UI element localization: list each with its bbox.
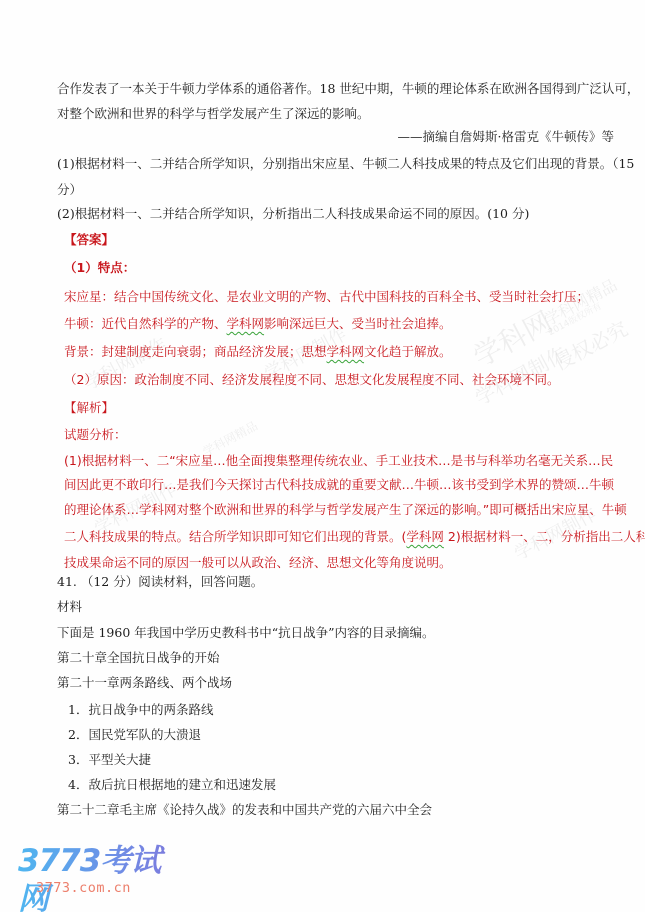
answer-newton-text: 影响深远巨大、受当时社会追捧。 — [264, 316, 452, 331]
answer-heading: 【答案】 — [64, 232, 114, 248]
watermark: 学科网 — [466, 301, 559, 376]
analysis-line: 间因此更不敢印行…是我们今天探讨古代科技成就的重要文献…牛顿…该书受到学术界的赞… — [64, 477, 614, 493]
answer-newton: 牛顿：近代自然科学的产物、学科网影响深远巨大、受当时社会追捧。 — [64, 316, 452, 332]
answer-background-text: 文化趋于解放。 — [364, 344, 452, 359]
question-41-stem: 41. （12 分）阅读材料，回答问题。 — [57, 574, 263, 590]
site-logo-url: 3773.com.cn — [36, 880, 131, 896]
answer-reason: （2）原因：政治制度不同、经济发展程度不同、思想文化发展程度不同、社会环境不同。 — [64, 372, 559, 388]
document-page: 学科网 学科网精品 2014版权所有 侵权必究 学科网制作 学科网制作 学科网制… — [0, 0, 645, 912]
chapter-title: 第二十一章两条路线、两个战场 — [57, 675, 232, 691]
answer-song-label: 宋应星： — [64, 289, 114, 304]
answer-song-text: 结合中国传统文化、是农业文明的产物、古代中国科技的百科全书、受当时社会打压； — [114, 289, 589, 304]
analysis-heading: 【解析】 — [64, 400, 114, 416]
site-logo: 3773考试网 3773.com.cn — [18, 842, 178, 902]
chapter-title: 第二十二章毛主席《论持久战》的发表和中国共产党的六届六中全会 — [57, 802, 432, 818]
analysis-subheading: 试题分析： — [64, 427, 127, 443]
answer-background-text: 封建制度走向衰弱；商品经济发展；思想 — [102, 344, 327, 359]
material-label: 材料 — [57, 599, 82, 615]
material-intro: 下面是 1960 年我国中学历史教科书中“抗日战争”内容的目录摘编。 — [57, 625, 435, 641]
inline-watermark: 学科网 — [406, 529, 444, 544]
analysis-line: 二人科技成果的特点。结合所学知识即可知它们出现的背景。(学科网 2)根据材料一、… — [64, 529, 645, 545]
question-1: (1)根据材料一、二并结合所学知识，分别指出宋应星、牛顿二人科技成果的特点及它们… — [57, 156, 634, 172]
answer-newton-text: 近代自然科学的产物、 — [102, 316, 227, 331]
answer-background-label: 背景： — [64, 344, 102, 359]
chapter-title: 第二十章全国抗日战争的开始 — [57, 650, 220, 666]
analysis-text: 二人科技成果的特点。结合所学知识即可知它们出现的背景。( — [64, 529, 406, 544]
answer-subheading-features: （1）特点： — [64, 260, 135, 276]
section-item: 1．抗日战争中的两条路线 — [68, 702, 213, 718]
analysis-line: (1)根据材料一、二“宋应星…他全面搜集整理传统农业、手工业技术…是书与科举功名… — [64, 453, 613, 469]
answer-newton-label: 牛顿： — [64, 316, 102, 331]
site-logo-title: 3773考试网 — [18, 842, 178, 912]
inline-watermark: 学科网 — [227, 316, 265, 331]
section-item: 4．敌后抗日根据地的建立和迅速发展 — [68, 777, 276, 793]
citation: ——摘编自詹姆斯·格雷克《牛顿传》等 — [398, 129, 614, 145]
question-2: (2)根据材料一、二并结合所学知识，分析指出二人科技成果命运不同的原因。(10 … — [57, 206, 529, 222]
analysis-text: 2)根据材料一、二，分析指出二人科 — [444, 529, 645, 544]
analysis-line: 技成果命运不同的原因一般可以从政治、经济、思想文化等角度说明。 — [64, 555, 452, 571]
section-item: 2．国民党军队的大溃退 — [68, 727, 201, 743]
question-1-continued: 分） — [57, 182, 82, 198]
answer-song-yingxing: 宋应星：结合中国传统文化、是农业文明的产物、古代中国科技的百科全书、受当时社会打… — [64, 289, 589, 305]
answer-background: 背景：封建制度走向衰弱；商品经济发展；思想学科网文化趋于解放。 — [64, 344, 452, 360]
watermark: 侵权必究 — [548, 313, 632, 376]
analysis-line: 的理论体系…学科网对整个欧洲和世界的科学与哲学发展产生了深远的影响。”即可概括出… — [64, 502, 627, 518]
inline-watermark: 学科网 — [327, 344, 365, 359]
section-item: 3．平型关大捷 — [68, 752, 151, 768]
material-text-line: 对整个欧洲和世界的科学与哲学发展产生了深远的影响。 — [57, 106, 370, 122]
material-text-line: 合作发表了一本关于牛顿力学体系的通俗著作。18 世纪中期，牛顿的理论体系在欧洲各… — [57, 81, 639, 97]
